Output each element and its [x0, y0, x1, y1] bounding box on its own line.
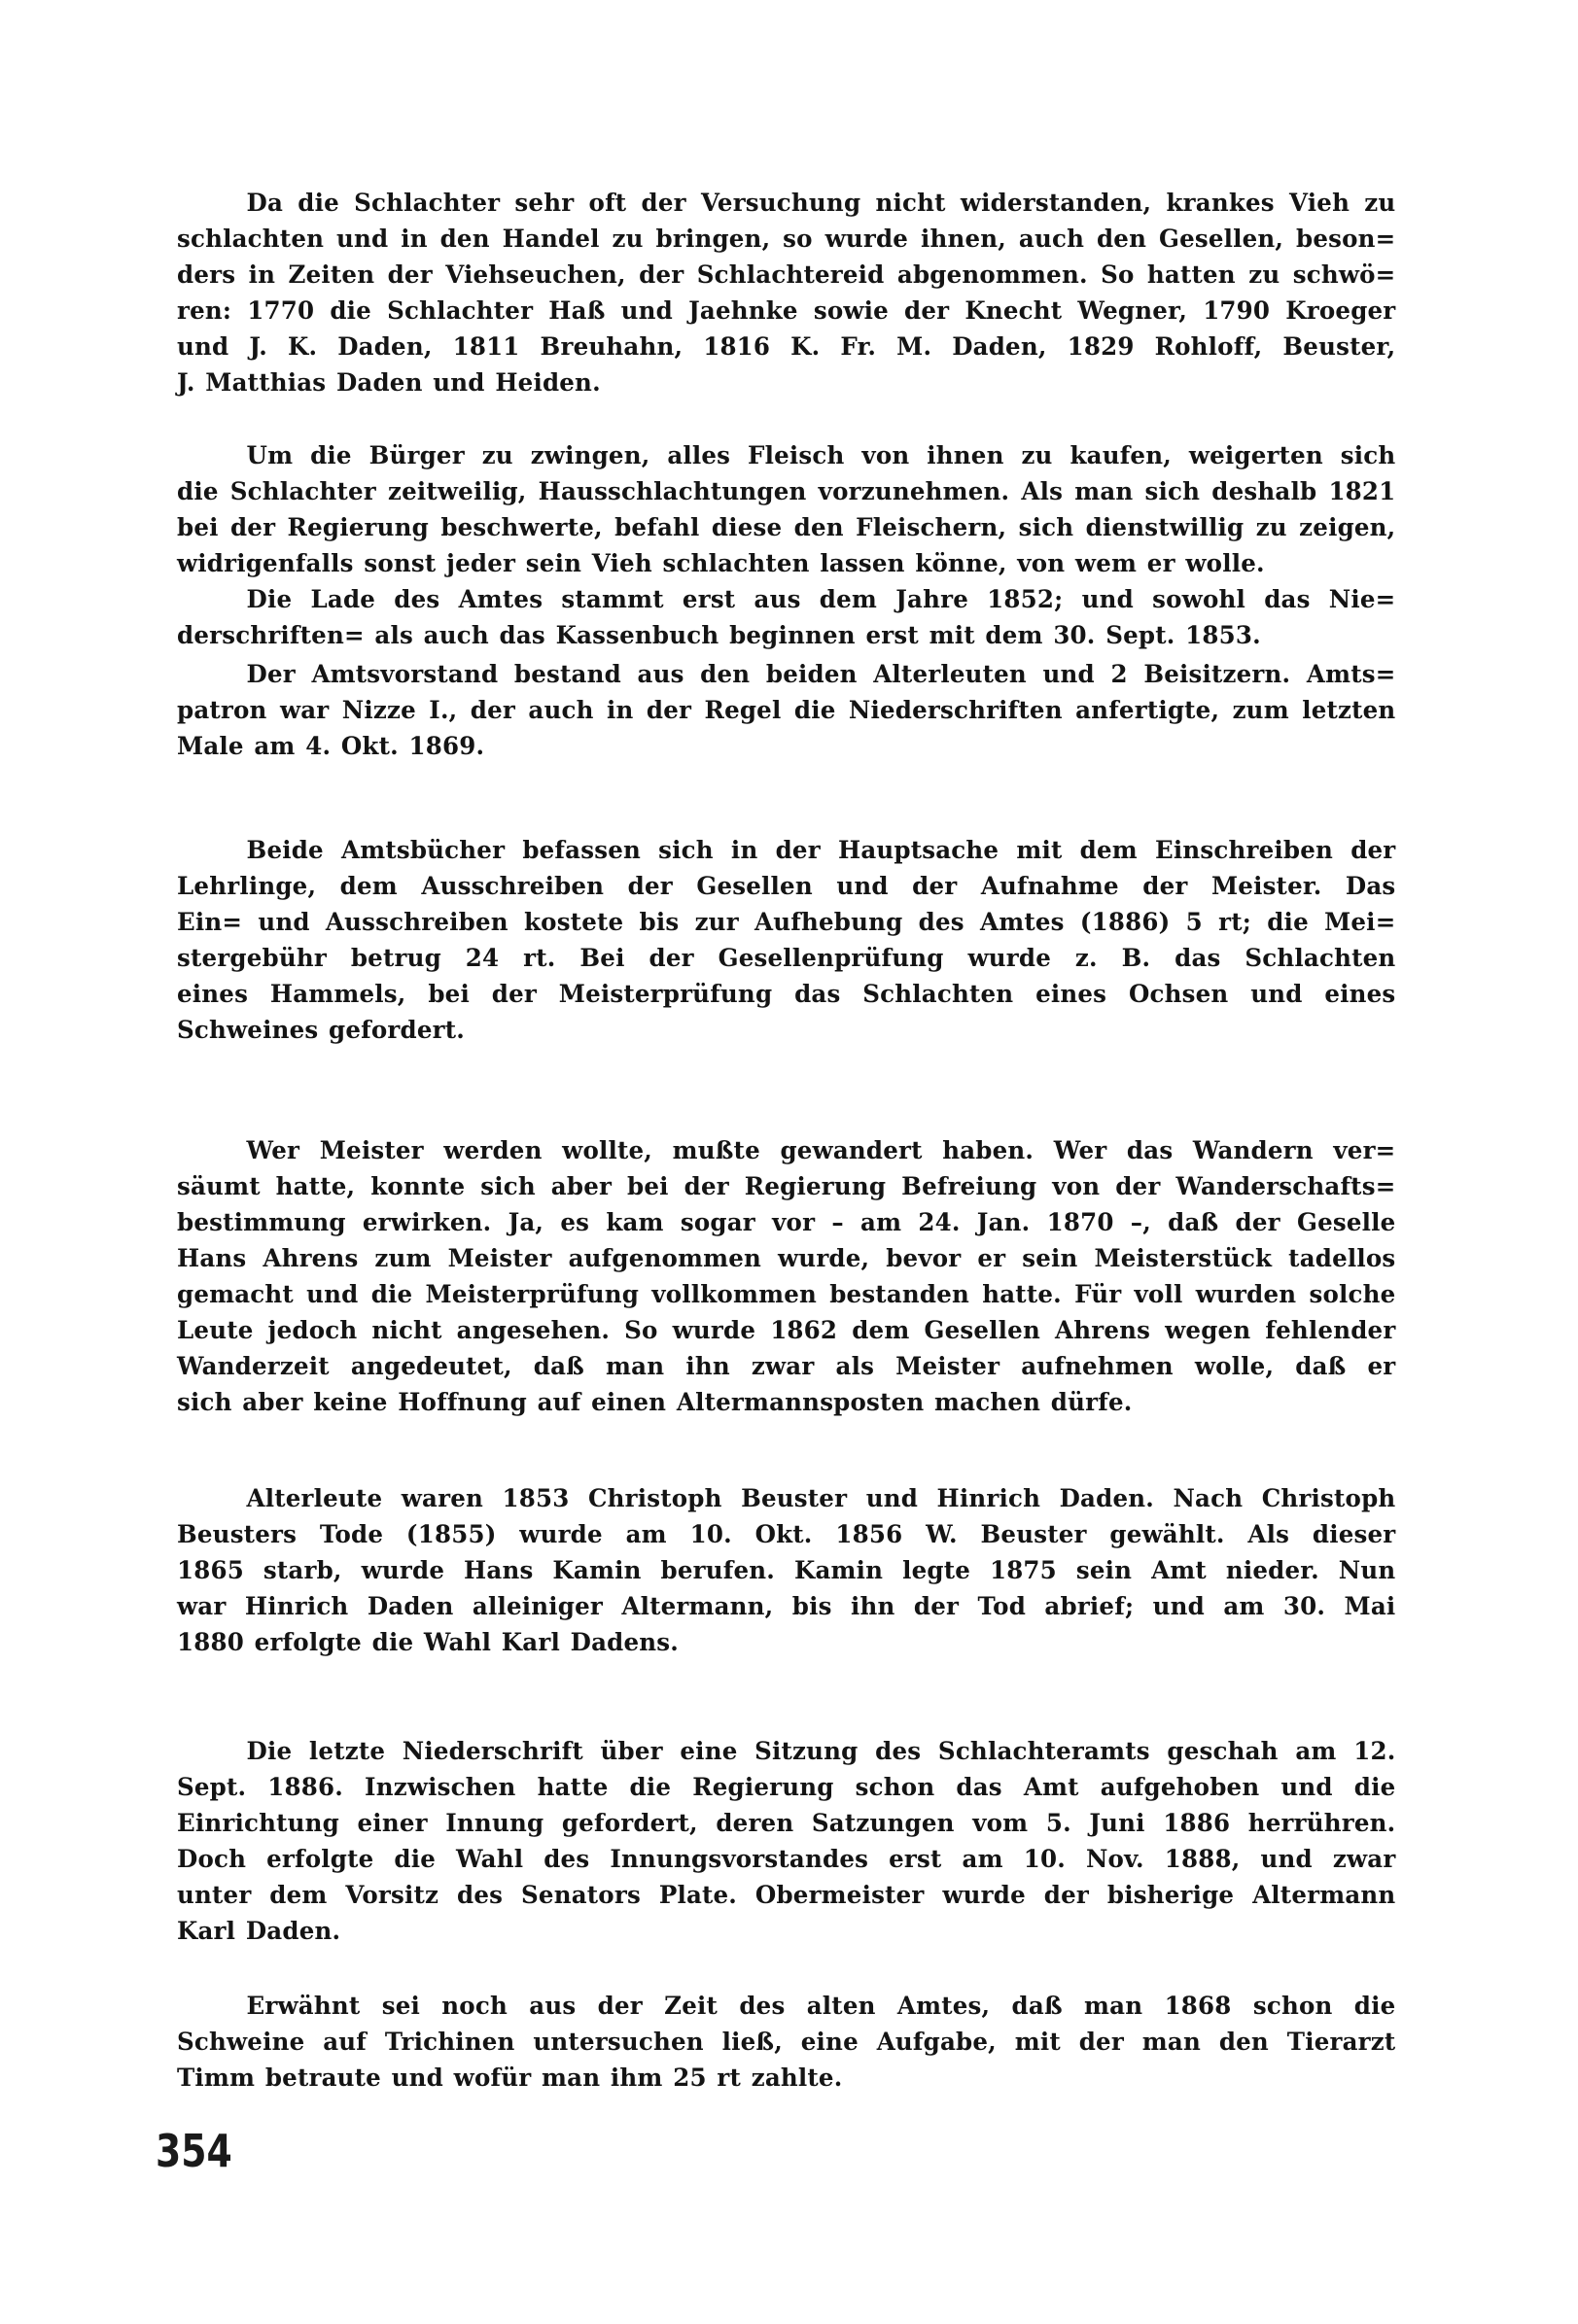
text-line: Doch erfolgte die Wahl des Innungsvorsta…	[177, 1841, 1395, 1877]
text-line: Beusters Tode (1855) wurde am 10. Okt. 1…	[177, 1516, 1395, 1552]
text-line: 1865 starb, wurde Hans Kamin berufen. Ka…	[177, 1552, 1395, 1588]
text-line: Leute jedoch nicht angesehen. So wurde 1…	[177, 1312, 1395, 1348]
text-line: Die Lade des Amtes stammt erst aus dem J…	[177, 581, 1395, 617]
text-line: Um die Bürger zu zwingen, alles Fleisch …	[177, 437, 1395, 473]
paragraph-last-record: Die letzte Niederschrift über eine Sitzu…	[177, 1733, 1395, 1949]
paragraph-butchers-oath: Da die Schlachter sehr oft der Versuchun…	[177, 185, 1395, 400]
text-line: Wanderzeit angedeutet, daß man ihn zwar …	[177, 1348, 1395, 1384]
text-line: Die letzte Niederschrift über eine Sitzu…	[177, 1733, 1395, 1769]
text-line: sich aber keine Hoffnung auf einen Alter…	[177, 1384, 1395, 1420]
paragraph-guild-chest: Die Lade des Amtes stammt erst aus dem J…	[177, 581, 1395, 653]
text-line: Einrichtung einer Innung gefordert, dere…	[177, 1805, 1395, 1841]
paragraph-elders: Alterleute waren 1853 Christoph Beuster …	[177, 1480, 1395, 1660]
text-line: säumt hatte, konnte sich aber bei der Re…	[177, 1168, 1395, 1204]
text-line: Hans Ahrens zum Meister aufgenommen wurd…	[177, 1240, 1395, 1276]
text-line: gemacht und die Meisterprüfung vollkomme…	[177, 1276, 1395, 1312]
text-line: ders in Zeiten der Viehseuchen, der Schl…	[177, 257, 1395, 293]
text-line: Sept. 1886. Inzwischen hatte die Regieru…	[177, 1769, 1395, 1805]
paragraph-trichina-inspection: Erwähnt sei noch aus der Zeit des alten …	[177, 1988, 1395, 2096]
text-line: Timm betraute und wofür man ihm 25 rt za…	[177, 2060, 1395, 2096]
page-number: 354	[156, 2129, 232, 2173]
text-line: unter dem Vorsitz des Senators Plate. Ob…	[177, 1877, 1395, 1913]
text-line: Male am 4. Okt. 1869.	[177, 728, 1395, 764]
text-line: Wer Meister werden wollte, mußte gewande…	[177, 1132, 1395, 1168]
text-line: bei der Regierung beschwerte, befahl die…	[177, 509, 1395, 545]
text-line: war Hinrich Daden alleiniger Altermann, …	[177, 1588, 1395, 1624]
text-line: 1880 erfolgte die Wahl Karl Dadens.	[177, 1624, 1395, 1660]
text-line: Schweines gefordert.	[177, 1012, 1395, 1048]
text-line: widrigenfalls sonst jeder sein Vieh schl…	[177, 545, 1395, 581]
text-line: derschriften= als auch das Kassenbuch be…	[177, 617, 1395, 653]
text-line: Karl Daden.	[177, 1913, 1395, 1949]
paragraph-home-slaughter: Um die Bürger zu zwingen, alles Fleisch …	[177, 437, 1395, 581]
text-line: Schweine auf Trichinen untersuchen ließ,…	[177, 2024, 1395, 2060]
paragraph-guild-board: Der Amtsvorstand bestand aus den beiden …	[177, 656, 1395, 764]
text-line: Erwähnt sei noch aus der Zeit des alten …	[177, 1988, 1395, 2024]
book-page: Da die Schlachter sehr oft der Versuchun…	[0, 0, 1578, 2324]
text-line: die Schlachter zeitweilig, Hausschlachtu…	[177, 473, 1395, 509]
text-line: Lehrlinge, dem Ausschreiben der Gesellen…	[177, 868, 1395, 904]
text-line: bestimmung erwirken. Ja, es kam sogar vo…	[177, 1204, 1395, 1240]
text-line: eines Hammels, bei der Meisterprüfung da…	[177, 976, 1395, 1012]
paragraph-journeyman-travel: Wer Meister werden wollte, mußte gewande…	[177, 1132, 1395, 1420]
paragraph-guild-books: Beide Amtsbücher befassen sich in der Ha…	[177, 832, 1395, 1048]
text-line: Ein= und Ausschreiben kostete bis zur Au…	[177, 904, 1395, 940]
text-line: Der Amtsvorstand bestand aus den beiden …	[177, 656, 1395, 692]
text-line: Beide Amtsbücher befassen sich in der Ha…	[177, 832, 1395, 868]
text-line: patron war Nizze I., der auch in der Reg…	[177, 692, 1395, 728]
text-line: Alterleute waren 1853 Christoph Beuster …	[177, 1480, 1395, 1516]
text-line: ren: 1770 die Schlachter Haß und Jaehnke…	[177, 293, 1395, 329]
text-line: Da die Schlachter sehr oft der Versuchun…	[177, 185, 1395, 221]
text-line: und J. K. Daden, 1811 Breuhahn, 1816 K. …	[177, 329, 1395, 364]
text-line: schlachten und in den Handel zu bringen,…	[177, 221, 1395, 257]
text-line: J. Matthias Daden und Heiden.	[177, 364, 1395, 400]
text-line: stergebühr betrug 24 rt. Bei der Geselle…	[177, 940, 1395, 976]
